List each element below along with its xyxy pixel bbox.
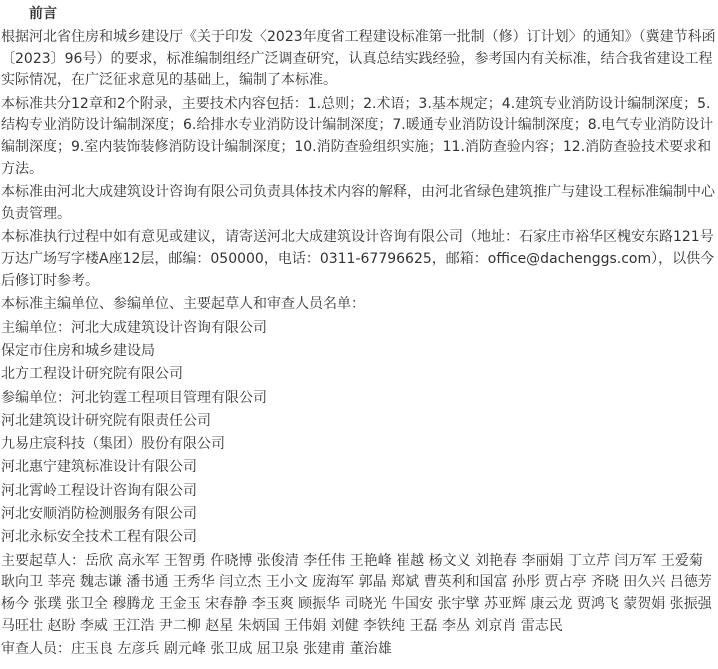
participating-unit-line: 河北霄岭工程设计咨询有限公司 bbox=[1, 481, 717, 503]
participating-unit-line: 九易庄宸科技（集团）股份有限公司 bbox=[1, 434, 717, 456]
drafters-list: 主要起草人：岳欣 高永军 王智勇 仵晓博 张俊清 李任伟 王艳峰 崔越 杨文义 … bbox=[1, 551, 717, 638]
paragraph-feedback-address: 本标准执行过程中如有意见或建议，请寄送河北大成建筑设计咨询有限公司（地址：石家庄… bbox=[1, 227, 717, 292]
participating-unit-line: 河北永标安全技术工程有限公司 bbox=[1, 527, 717, 549]
paragraph-roster-intro: 本标准主编单位、参编单位、主要起草人和审查人员名单： bbox=[1, 294, 717, 316]
participating-unit-line: 参编单位：河北钧霆工程项目管理有限公司 bbox=[1, 388, 717, 410]
preface-document: 前言 根据河北省住房和城乡建设厅《关于印发〈2023年度省工程建设标准第一批制（… bbox=[0, 0, 718, 669]
participating-unit-line: 河北建筑设计研究院有限责任公司 bbox=[1, 411, 717, 433]
paragraph-contents-overview: 本标准共分12章和2个附录，主要技术内容包括：1.总则；2.术语；3.基本规定；… bbox=[1, 94, 717, 181]
page-title: 前言 bbox=[1, 4, 717, 26]
participating-unit-line: 河北安顺消防检测服务有限公司 bbox=[1, 504, 717, 526]
reviewers-list: 审查人员：庄玉良 左彦兵 剧元峰 张卫成 屈卫泉 张建甫 董治雄 bbox=[1, 639, 717, 661]
paragraph-interpretation-responsibility: 本标准由河北大成建筑设计咨询有限公司负责具体技术内容的解释，由河北省绿色建筑推广… bbox=[1, 182, 717, 226]
chief-editor-unit-line: 保定市住房和城乡建设局 bbox=[1, 341, 717, 363]
chief-editor-unit-line: 北方工程设计研究院有限公司 bbox=[1, 364, 717, 386]
chief-editor-unit-line: 主编单位：河北大成建筑设计咨询有限公司 bbox=[1, 318, 717, 340]
paragraph-standard-basis: 根据河北省住房和城乡建设厅《关于印发〈2023年度省工程建设标准第一批制（修）订… bbox=[1, 27, 717, 92]
participating-unit-line: 河北惠宁建筑标准设计有限公司 bbox=[1, 457, 717, 479]
